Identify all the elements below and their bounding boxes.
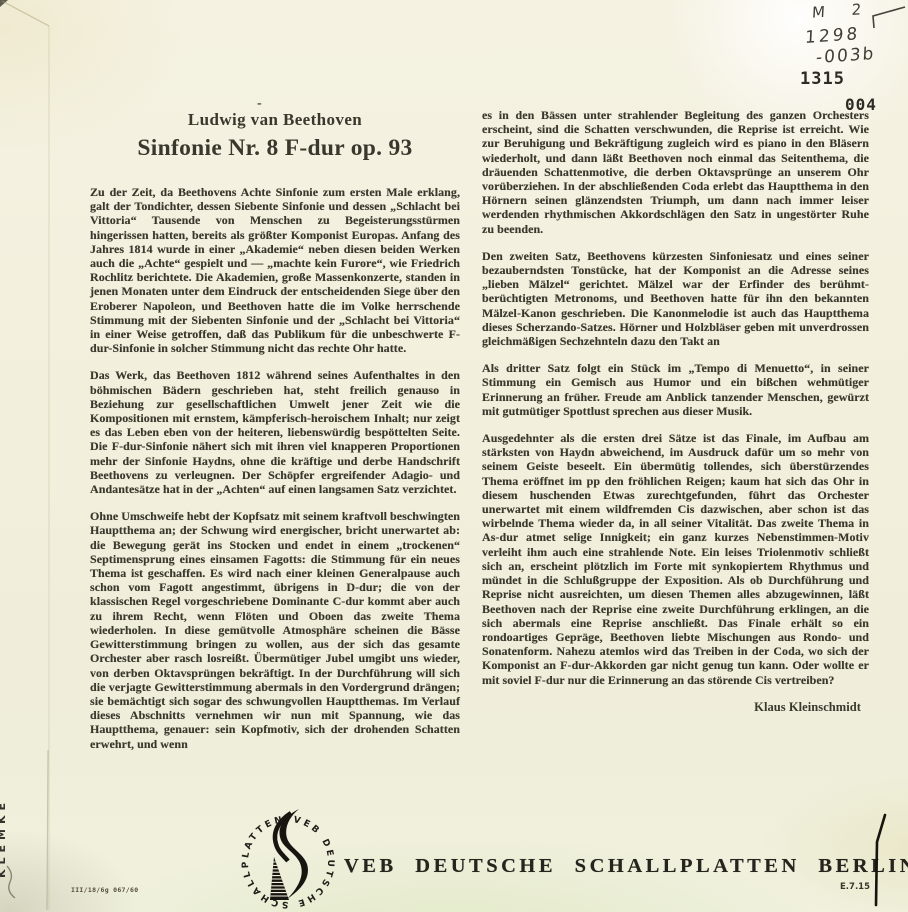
- order-number: E.7.15: [840, 882, 870, 892]
- header: Ludwig van Beethoven Sinfonie Nr. 8 F-du…: [90, 110, 460, 162]
- fold-crease: [47, 750, 48, 910]
- author-signature: Klaus Kleinschmidt: [482, 700, 869, 714]
- body-paragraph: Zu der Zeit, da Beethovens Achte Sinfoni…: [90, 185, 460, 355]
- body-paragraph: Den zweiten Satz, Beethovens kürzesten S…: [482, 249, 869, 348]
- pencil-squiggle: [7, 866, 15, 898]
- fold-crease: [2, 1, 49, 26]
- stamped-number: 1315: [800, 69, 845, 89]
- pen-check-mark: [873, 7, 905, 28]
- body-paragraph: Das Werk, das Beethoven 1812 während sei…: [90, 368, 460, 496]
- stamped-number: 004: [845, 95, 877, 114]
- svg-text:VEB DEUTSCHE SCHALLPLATTEN: VEB DEUTSCHE SCHALLPLATTEN: [241, 815, 335, 909]
- body-paragraph: Ohne Umschweife hebt der Kopfsatz mit se…: [90, 509, 460, 750]
- stray-dash-mark: -: [257, 96, 262, 112]
- composer-name: Ludwig van Beethoven: [90, 110, 460, 130]
- designer-credit: KLEMKE: [0, 792, 8, 878]
- body-paragraph: es in den Bässen unter strahlender Begle…: [482, 108, 869, 236]
- handwritten-number: -003b: [816, 44, 876, 68]
- record-sleeve-back: Ludwig van Beethoven Sinfonie Nr. 8 F-du…: [0, 0, 908, 912]
- handwritten-mark: M 2: [812, 0, 862, 22]
- logo-ring-text: VEB DEUTSCHE SCHALLPLATTEN: [241, 815, 335, 909]
- body-paragraph: Ausgedehnter als die ersten drei Sätze i…: [482, 431, 869, 687]
- handwritten-number: 1298: [805, 24, 861, 48]
- publisher-line: VEB DEUTSCHE SCHALLPLATTEN BERLIN W 8: [344, 855, 908, 878]
- liner-notes-left-column: Zu der Zeit, da Beethovens Achte Sinfoni…: [90, 185, 460, 764]
- deutsche-schallplatten-logo-icon: VEB DEUTSCHE SCHALLPLATTEN: [237, 809, 338, 910]
- work-title: Sinfonie Nr. 8 F-dur op. 93: [90, 135, 460, 162]
- corner-speck: [0, 0, 8, 7]
- body-paragraph: Als dritter Satz folgt ein Stück im „Tem…: [482, 361, 869, 418]
- liner-notes-right-column: es in den Bässen unter strahlender Begle…: [482, 108, 869, 714]
- print-code: III/18/6g 067/60: [71, 886, 138, 894]
- logo-harp: [267, 855, 292, 903]
